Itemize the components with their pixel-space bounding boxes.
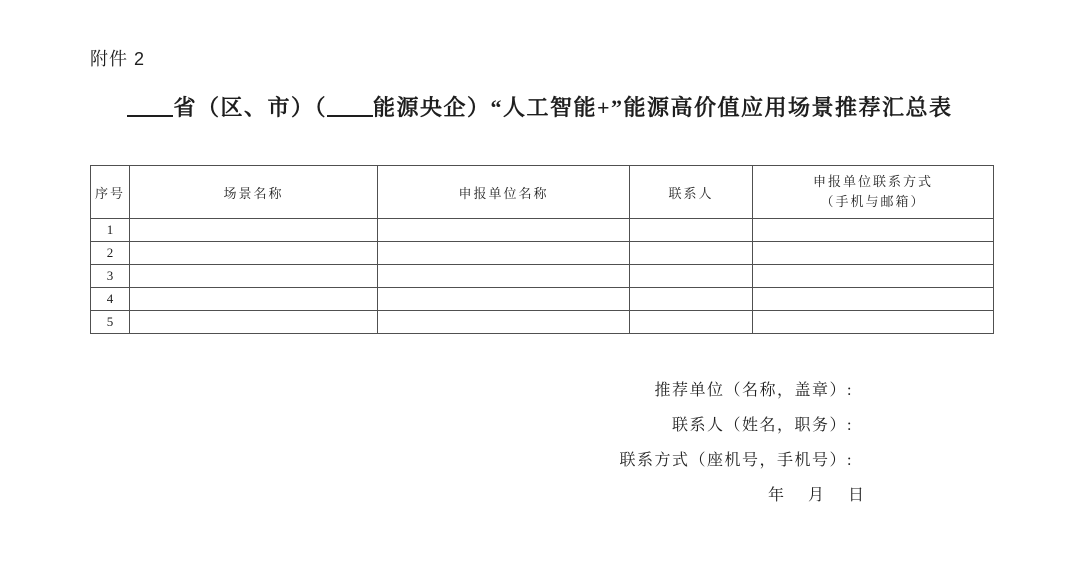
document-title: 省（区、市）（能源央企）“人工智能+”能源高价值应用场景推荐汇总表 <box>0 91 1080 122</box>
title-part2: 能源央企）“人工智能+”能源高价值应用场景推荐汇总表 <box>373 95 953 120</box>
cell-unit-name <box>378 265 630 288</box>
cell-scene-name <box>130 288 378 311</box>
title-part1: 省（区、市）（ <box>173 95 327 120</box>
column-header-contact: 联系人 <box>630 166 753 219</box>
blank-underline <box>327 101 373 117</box>
cell-index: 4 <box>91 288 130 311</box>
table-row: 3 <box>91 265 994 288</box>
cell-scene-name <box>130 311 378 334</box>
cell-contact <box>630 242 753 265</box>
cell-scene-name <box>130 242 378 265</box>
contact-method-line: 联系方式（座机号，手机号）: <box>620 443 853 478</box>
summary-table: 序号 场景名称 申报单位名称 联系人 申报单位联系方式 （手机与邮箱） 1 2 <box>90 165 994 334</box>
column-header-index: 序号 <box>91 166 130 219</box>
cell-contact-info <box>753 311 994 334</box>
cell-index: 2 <box>91 242 130 265</box>
table-row: 2 <box>91 242 994 265</box>
column-header-unit-name: 申报单位名称 <box>378 166 630 219</box>
attachment-label: 附件 2 <box>90 45 145 71</box>
table-row: 5 <box>91 311 994 334</box>
column-header-scene-name: 场景名称 <box>130 166 378 219</box>
cell-index: 5 <box>91 311 130 334</box>
column-header-contact-info: 申报单位联系方式 （手机与邮箱） <box>753 166 994 219</box>
column-header-contact-info-line2: （手机与邮箱） <box>753 192 993 212</box>
signature-block: 推荐单位（名称，盖章）: 联系人（姓名，职务）: 联系方式（座机号，手机号）: … <box>620 373 853 513</box>
cell-contact <box>630 265 753 288</box>
table-header-row: 序号 场景名称 申报单位名称 联系人 申报单位联系方式 （手机与邮箱） <box>91 166 994 219</box>
column-header-contact-info-line1: 申报单位联系方式 <box>753 172 993 192</box>
cell-unit-name <box>378 288 630 311</box>
cell-scene-name <box>130 219 378 242</box>
cell-unit-name <box>378 242 630 265</box>
cell-index: 3 <box>91 265 130 288</box>
date-line: 年 月 日 <box>620 478 868 513</box>
cell-contact-info <box>753 265 994 288</box>
cell-unit-name <box>378 219 630 242</box>
contact-person-line: 联系人（姓名，职务）: <box>620 408 853 443</box>
recommending-unit-line: 推荐单位（名称，盖章）: <box>620 373 853 408</box>
cell-contact-info <box>753 288 994 311</box>
cell-contact <box>630 288 753 311</box>
cell-contact <box>630 311 753 334</box>
cell-contact <box>630 219 753 242</box>
cell-contact-info <box>753 242 994 265</box>
document-page: 附件 2 省（区、市）（能源央企）“人工智能+”能源高价值应用场景推荐汇总表 序… <box>0 0 1080 561</box>
table-row: 1 <box>91 219 994 242</box>
cell-unit-name <box>378 311 630 334</box>
blank-underline <box>127 101 173 117</box>
cell-contact-info <box>753 219 994 242</box>
table-row: 4 <box>91 288 994 311</box>
cell-index: 1 <box>91 219 130 242</box>
cell-scene-name <box>130 265 378 288</box>
